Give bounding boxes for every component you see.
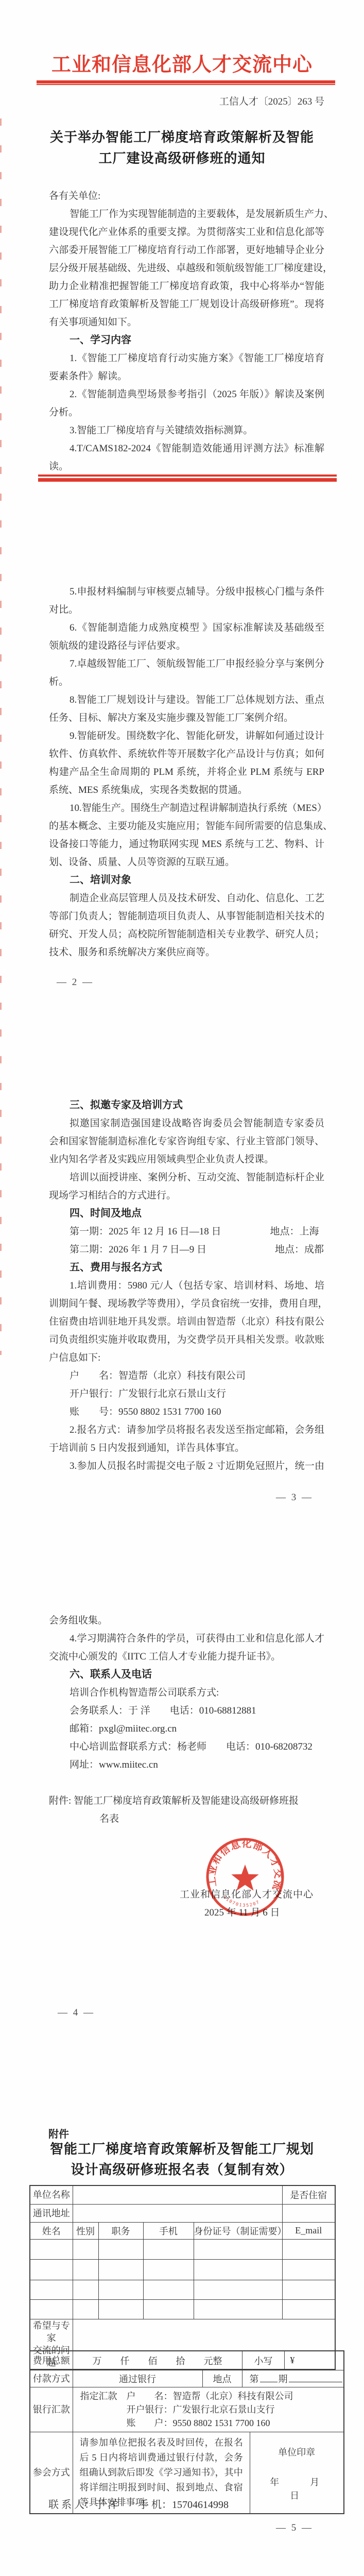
- form-period-cell: 第期: [242, 2370, 344, 2387]
- scanned-notice-document: 工业和信息化部人才交流中心 工信人才〔2025〕263 号 关于举办智能工厂梯度…: [0, 0, 364, 2576]
- doc-line: 层分级开展基础级、先进级、卓越级和领航级智能工厂梯度建设，: [49, 259, 324, 277]
- form-empty-cell: [73, 2239, 98, 2259]
- doc-line: 工厂梯度培育政策解析及智能工厂规划设计高级研修班”。现将: [49, 295, 324, 313]
- doc-line: 分析。: [49, 403, 324, 421]
- form-pay-label: 付款方式: [30, 2370, 73, 2387]
- bank-account-name: 指定汇款 户 名：智造帮（北京）科技有限公司: [80, 2389, 343, 2403]
- form-question-label-line1: 希望与专家: [30, 2319, 73, 2344]
- session2-line: 第二期：2026 年 1 月 7 日—9 日 地点：成都: [49, 1241, 324, 1259]
- contact-person-line: 会务联系人：于 洋 电话：010-68812881: [49, 1702, 324, 1720]
- form-col-header: 职务: [98, 2222, 143, 2239]
- doc-line: 软件、仿真软件、系统软件等开展数字化产品设计与仿真；如何: [49, 745, 324, 763]
- doc-line: 有关事项通知如下。: [49, 313, 324, 331]
- page-footer-red-divider: [38, 474, 337, 482]
- doc-line: 六部委开展智能工厂梯度培育行动工作部署，更好地辅导企业分: [49, 241, 324, 259]
- registration-form-table-bottom: 费用总额 万 仟 佰 拾 元整 小写 ¥ 付款方式 通过银行 地点 第期 银行汇…: [29, 2350, 344, 2514]
- salutation: 各有关单位:: [49, 187, 324, 205]
- doc-line: 领航级的建设路径与评估要求。: [49, 637, 324, 655]
- form-sign-date: 年 月 日: [250, 2475, 343, 2502]
- doc-line: 拟邀国家制造强国建设战略咨询委员会智能制造专家委员: [49, 1114, 324, 1132]
- doc-line: 的基本概念、主要功能及实施应用；智能车间所需要的信息集成、: [49, 817, 324, 835]
- form-col-header: 姓名: [30, 2222, 73, 2239]
- form-bank-details: 指定汇款 户 名：智造帮（北京）科技有限公司 开户银行：广发银行北京石景山支行 …: [73, 2387, 344, 2432]
- doc-line: 建设现代化产业体系的重要支撑。为贯彻落实工业和信息化部等: [49, 223, 324, 241]
- doc-line: 交流中心颁发的《IITC 工信人才专业能力提升证书》。: [49, 1648, 324, 1666]
- doc-line: 10.智能生产。围绕生产制造过程讲解制造执行系统（MES）: [49, 799, 324, 817]
- form-period-suffix: 期: [279, 2374, 288, 2384]
- doc-line: 1.《智能工厂梯度培育行动实施方案》《智能工厂梯度培育: [49, 349, 324, 367]
- form-place-label: 地点: [202, 2370, 242, 2387]
- doc-line: 研究、开发人员；高校院所智能制造相关专业教学、研究人员；: [49, 925, 324, 943]
- form-empty-cell: [98, 2299, 143, 2319]
- doc-line: 构建产品全生命周期的 PLM 系统，并将企业 PLM 系统与 ERP: [49, 763, 324, 781]
- form-empty-cell: [73, 2259, 98, 2280]
- form-empty-cell: [30, 2239, 73, 2259]
- attachment-note-line2: 名表: [49, 1810, 327, 1828]
- form-col-header: 性别: [73, 2222, 98, 2239]
- page-number: — 3 —: [276, 1492, 313, 1503]
- doc-line: 2.报名方式：请参加学员将报名表发送至指定邮箱，会务组: [49, 1421, 324, 1439]
- doc-line: 3.智能工厂梯度培育与关键绩效指标测算。: [49, 421, 324, 439]
- website-line: 网址：www.miitec.cn: [49, 1756, 324, 1774]
- doc-line: 制造企业高层管理人员及技术研发、自动化、信息化、工艺: [49, 889, 324, 907]
- doc-line: 培训合作机构智造帮公司联系方式:: [49, 1684, 324, 1702]
- registration-form-table-top: 单位名称 是否住宿 通讯地址 姓名 性别 职务 手机 身份证号（制证需要） E_…: [29, 2185, 336, 2370]
- form-title-line1: 智能工厂梯度培育政策解析及智能工厂规划: [29, 2139, 335, 2160]
- form-seal-label: 单位印章: [250, 2445, 343, 2459]
- form-col-header: 手机: [143, 2222, 194, 2239]
- form-contact-line: 联 系 人：于 洋 手 机：15704614998: [48, 2496, 229, 2511]
- form-fee-symbol: ¥: [285, 2351, 344, 2370]
- form-empty-cell: [282, 2259, 335, 2280]
- form-empty-cell: [143, 2280, 194, 2299]
- heading-contact: 六、联系人及电话: [49, 1666, 324, 1684]
- attachment-note: 附件: 智能工厂梯度培育政策解析及智能建设高级研修班报 名表: [49, 1792, 327, 1828]
- form-empty-cell: [194, 2239, 282, 2259]
- form-col-header: 身份证号（制证需要）: [194, 2222, 282, 2239]
- form-empty-cell: [143, 2259, 194, 2280]
- form-empty-cell: [30, 2280, 73, 2299]
- form-empty-cell: [282, 2204, 335, 2222]
- page3-body: 三、拟邀专家及培训方式 拟邀国家制造强国建设战略咨询委员会智能制造专家委员 会和…: [49, 1096, 324, 1475]
- doc-line: 户信息如下:: [49, 1349, 324, 1367]
- contact-email-line: 邮箱：pxgl@miitec.org.cn: [49, 1720, 324, 1738]
- doc-line: 于培训前 5 日内发报到通知，详告具体事宜。: [49, 1439, 324, 1457]
- page-number: — 2 —: [57, 977, 94, 988]
- document-title-line1: 关于举办智能工厂梯度培育政策解析及智能: [0, 127, 364, 148]
- document-number: 工信人才〔2025〕263 号: [0, 94, 324, 108]
- bank-account-name: 户 名：智造帮（北京）科技有限公司: [49, 1367, 324, 1385]
- doc-line: 对比。: [49, 601, 324, 619]
- form-empty-cell: [143, 2239, 194, 2259]
- page4-body: 会务组收集。 4.学习期满符合条件的学员，可获得由工业和信息化部人才 交流中心颁…: [49, 1612, 324, 1774]
- doc-line: 技术、服务和系统解决方案供应商等。: [49, 943, 324, 961]
- form-fee-small-label: 小写: [242, 2351, 285, 2370]
- doc-line: 等部门负责人；智能制造项目负责人、从事智能制造相关技术的: [49, 907, 324, 925]
- form-fee-label: 费用总额: [30, 2351, 73, 2370]
- letterhead-org-name: 工业和信息化部人才交流中心: [0, 48, 364, 77]
- doc-line: 司负责组织实施并收取费用，为交费学员开具相关发票。收款账: [49, 1331, 324, 1349]
- form-empty-cell: [194, 2259, 282, 2280]
- doc-line: 住宿费由培训驻地开具发票。培训由智造帮（北京）科技有限公: [49, 1313, 324, 1331]
- doc-line: 智能工厂作为实现智能制造的主要载体，是发展新质生产力、: [49, 205, 324, 223]
- scan-edge-artifact: [0, 118, 2, 1355]
- doc-line: 训期间午餐、现场教学等费用），学员食宿统一安排，费用自理，: [49, 1295, 324, 1313]
- form-empty-cell: [73, 2185, 282, 2204]
- form-pay-method: 通过银行: [73, 2370, 202, 2387]
- form-fee-capitals: 万 仟 佰 拾 元整: [73, 2351, 242, 2370]
- official-seal: 工业和信息化部人才交流中心 11070135207: [204, 1836, 286, 1918]
- doc-line: 助力企业精准把握智能工厂梯度培育政策，我中心将举办“智能: [49, 277, 324, 295]
- form-empty-cell: [73, 2204, 282, 2222]
- attachment-note-line1: 附件: 智能工厂梯度培育政策解析及智能建设高级研修班报: [49, 1792, 327, 1810]
- blank-underline: [289, 2380, 342, 2382]
- heading-fee: 五、费用与报名方式: [49, 1259, 324, 1277]
- star-icon: [231, 1865, 258, 1891]
- form-title-line2: 设计高级研修班报名表（复制有效）: [29, 2160, 335, 2180]
- doc-line: 2.《智能制造典型场景参考指引（2025 年版）》解读及案例: [49, 385, 324, 403]
- doc-line: 会和国家智能制造标准化专家咨询组专家、行业主管部门领导、: [49, 1132, 324, 1150]
- form-lodging-label: 是否住宿: [282, 2185, 335, 2204]
- session1-line: 第一期：2025 年 12 月 16 日—18 日 地点：上海: [49, 1223, 324, 1241]
- form-empty-cell: [98, 2239, 143, 2259]
- form-address-label: 通讯地址: [30, 2204, 73, 2222]
- form-empty-cell: [282, 2239, 335, 2259]
- page-number: — 4 —: [58, 2007, 95, 2019]
- doc-line: 析。: [49, 673, 324, 691]
- doc-line: 4.T/CAMS182-2024《智能制造效能通用评测方法》标准解: [49, 439, 324, 457]
- heading-training-target: 二、培训对象: [49, 871, 324, 889]
- doc-line: 7.卓越级智能工厂、领航级智能工厂申报经验分享与案例分: [49, 655, 324, 673]
- form-empty-cell: [30, 2259, 73, 2280]
- form-col-header: E_mail: [282, 2222, 335, 2239]
- doc-line: 5.申报材料编制与审核要点辅导。分级申报核心门槛与条件: [49, 583, 324, 601]
- form-empty-cell: [282, 2280, 335, 2299]
- doc-line: 培训以面授讲座、案例分析、互动交流、智能制造标杆企业: [49, 1168, 324, 1187]
- svg-text:11070135207: 11070135207: [222, 1895, 261, 1909]
- form-empty-cell: [98, 2259, 143, 2280]
- form-unit-seal-cell: 单位印章 年 月 日: [250, 2432, 343, 2514]
- supervision-contact-line: 中心培训监督联系方式：杨老师 电话：010-68208732: [49, 1738, 324, 1756]
- doc-line: 设备接口等能力，通过物联网实现 MES 系统与工艺、物料、计: [49, 835, 324, 853]
- form-unit-label: 单位名称: [30, 2185, 73, 2204]
- form-title: 智能工厂梯度培育政策解析及智能工厂规划 设计高级研修班报名表（复制有效）: [29, 2139, 335, 2180]
- document-title-line2: 工厂建设高级研修班的通知: [0, 148, 364, 169]
- form-empty-cell: [73, 2280, 98, 2299]
- bank-branch: 开户银行：广发银行北京石景山支行: [49, 1385, 324, 1403]
- doc-line: 3.参加人员报名时需提交电子版 2 寸近期免冠照片，统一由: [49, 1457, 324, 1475]
- form-period-prefix: 第: [250, 2374, 259, 2384]
- doc-line: 8.智能工厂规划设计与建设。智能工厂总体规划方法、重点: [49, 691, 324, 709]
- heading-study-content: 一、学习内容: [49, 331, 324, 349]
- page-number: — 5 —: [276, 2522, 313, 2534]
- doc-line: 系统、MES 系统集成，实现各类数据的贯通。: [49, 781, 324, 799]
- doc-line: 要素条件》解读。: [49, 367, 324, 385]
- form-empty-cell: [30, 2299, 73, 2319]
- bank-account-number: 账 户：9550 8802 1531 7700 160: [80, 2416, 343, 2430]
- doc-line: 6.《智能制造能力成熟度模型 》国家标准解读及基础级至: [49, 619, 324, 637]
- doc-line: 划、设备、质量、人员等资源的互联互通。: [49, 853, 324, 871]
- seal-code-text: 11070135207: [222, 1895, 261, 1909]
- form-empty-cell: [194, 2280, 282, 2299]
- heading-time-place: 四、时间及地点: [49, 1205, 324, 1223]
- form-empty-cell: [282, 2299, 335, 2319]
- doc-line: 9.智能研发。围绕数字化、智能化研发，讲解如何通过设计: [49, 727, 324, 745]
- heading-experts: 三、拟邀专家及培训方式: [49, 1096, 324, 1114]
- document-title: 关于举办智能工厂梯度培育政策解析及智能 工厂建设高级研修班的通知: [0, 127, 364, 169]
- form-empty-cell: [98, 2280, 143, 2299]
- attachment-label: 附件: [48, 2126, 69, 2141]
- bank-branch: 开户银行：广发银行北京石景山支行: [80, 2403, 343, 2416]
- form-bank-label: 银行汇款: [30, 2387, 73, 2432]
- doc-line: 现场学习相结合的方式进行。: [49, 1187, 324, 1205]
- doc-line: 会务组收集。: [49, 1612, 324, 1630]
- doc-line: 1.培训费用：5980 元/人（包括专家、培训材料、场地、培: [49, 1277, 324, 1295]
- doc-line: 任务、目标、解决方案及实施步骤及智能工厂案例介绍。: [49, 709, 324, 727]
- blank-underline: [260, 2380, 278, 2382]
- form-empty-cell: [73, 2299, 98, 2319]
- doc-line: 4.学习期满符合条件的学员，可获得由工业和信息化部人才: [49, 1630, 324, 1648]
- doc-line: 读。: [49, 457, 324, 476]
- bank-account-number: 账 号：9550 8802 1531 7700 160: [49, 1403, 324, 1421]
- letterhead-divider: [37, 80, 335, 85]
- form-empty-cell: [143, 2299, 194, 2319]
- form-empty-cell: [194, 2299, 282, 2319]
- doc-line: 业内知名学者及实践应用领域典型企业负责人授课。: [49, 1150, 324, 1168]
- page1-body: 各有关单位: 智能工厂作为实现智能制造的主要载体，是发展新质生产力、 建设现代化…: [49, 187, 324, 476]
- page2-body: 5.申报材料编制与审核要点辅导。分级申报核心门槛与条件 对比。 6.《智能制造能…: [49, 583, 324, 961]
